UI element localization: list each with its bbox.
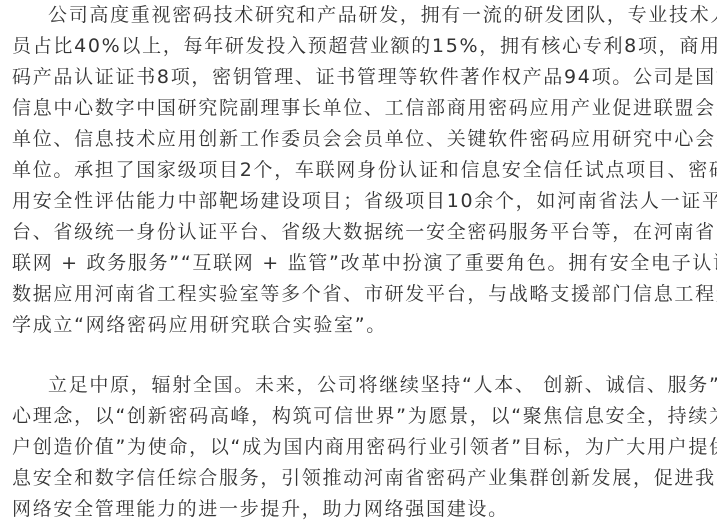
text-line: 信息中心数字中国研究院副理事长单位、工信部商用密码应用产业促进联盟会员 [12,93,712,124]
paragraph-company-vision: 立足中原，辐射全国。未来，公司将继续坚持“人本、 创新、诚信、服务”核 心理念，… [12,370,712,525]
text-line: 单位、信息技术应用创新工作委员会会员单位、关键软件密码应用研究中心会员 [12,124,712,155]
text-line: 户创造价值”为使命，以“成为国内商用密码行业引领者”目标，为广大用户提供信 [12,432,712,463]
text-line: 台、省级统一身份认证平台、省级大数据统一安全密码服务平台等，在河南省“互 [12,217,712,248]
text-line: 单位。承担了国家级项目2个，车联网身份认证和信息安全信任试点项目、密码应 [12,155,712,186]
text-line: 码产品认证证书8项，密钥管理、证书管理等软件著作权产品94项。公司是国家 [12,62,712,93]
text-line: 息安全和数字信任综合服务，引领推动河南省密码产业集群创新发展，促进我国 [12,463,712,494]
text-line: 用安全性评估能力中部靶场建设项目；省级项目10余个，如河南省法人一证平 [12,186,712,217]
text-line: 公司高度重视密码技术研究和产品研发，拥有一流的研发团队，专业技术人 [12,0,712,31]
text-line: 数据应用河南省工程实验室等多个省、市研发平台，与战略支援部门信息工程大 [12,279,712,310]
text-line: 学成立“网络密码应用研究联合实验室”。 [12,310,712,341]
text-line: 员占比40%以上，每年研发投入预超营业额的15%，拥有核心专利8项，商用密 [12,31,712,62]
paragraph-company-rnd: 公司高度重视密码技术研究和产品研发，拥有一流的研发团队，专业技术人 员占比40%… [12,0,712,341]
article-body: 公司高度重视密码技术研究和产品研发，拥有一流的研发团队，专业技术人 员占比40%… [12,0,712,525]
text-line: 网络安全管理能力的进一步提升，助力网络强国建设。 [12,494,712,525]
text-line: 联网 + 政务服务”“互联网 + 监管”改革中扮演了重要角色。拥有安全电子认证与… [12,248,712,279]
text-line: 立足中原，辐射全国。未来，公司将继续坚持“人本、 创新、诚信、服务”核 [12,370,712,401]
text-line: 心理念，以“创新密码高峰，构筑可信世界”为愿景，以“聚焦信息安全，持续为客 [12,401,712,432]
